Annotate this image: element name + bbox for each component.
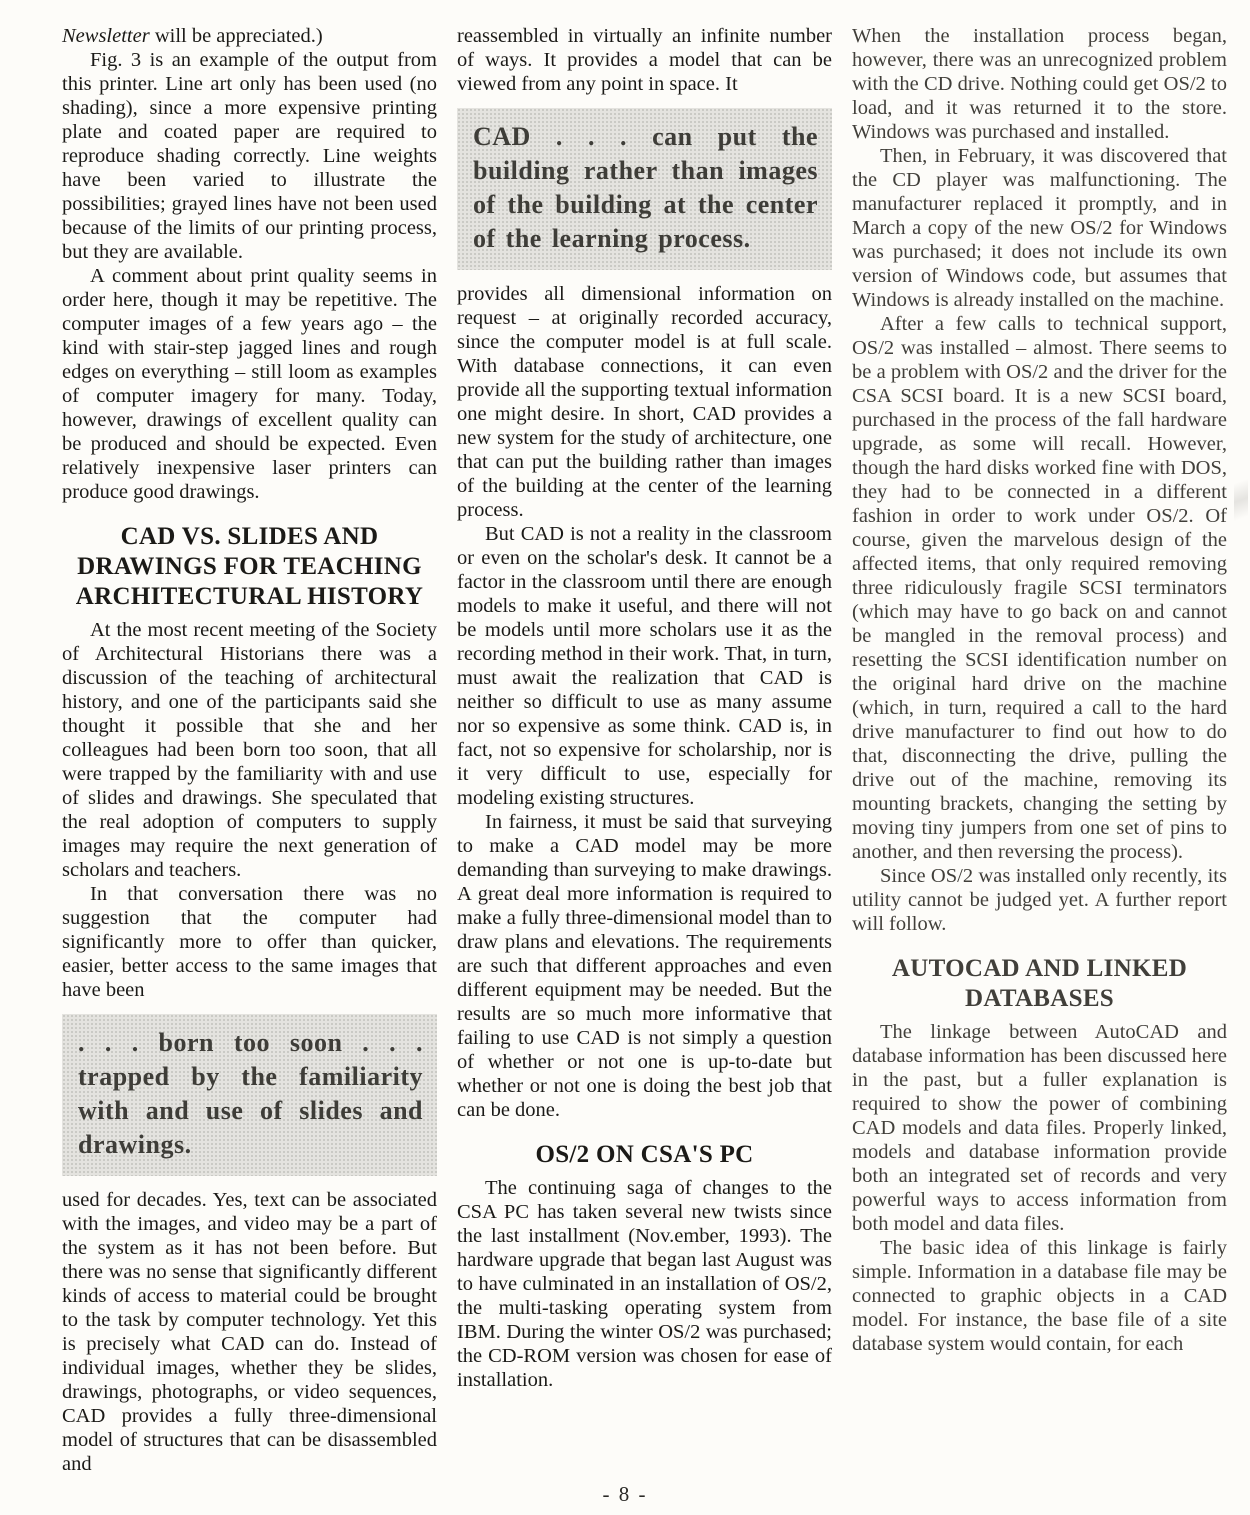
section-heading: CAD VS. SLIDES AND DRAWINGS FOR TEACHING… (68, 522, 431, 612)
scan-edge-artifact (1234, 455, 1248, 545)
section-heading: AUTOCAD AND LINKED DATABASES (858, 954, 1221, 1014)
paragraph: Fig. 3 is an example of the output from … (62, 48, 437, 264)
section-heading: OS/2 ON CSA'S PC (463, 1140, 826, 1170)
text-column-3: When the installation process began, how… (852, 24, 1227, 1476)
paragraph: A comment about print quality seems in o… (62, 264, 437, 504)
pull-quote: CAD . . . can put the building rather th… (457, 108, 832, 270)
paragraph: Since OS/2 was installed only recently, … (852, 864, 1227, 936)
paragraph: The basic idea of this linkage is fairly… (852, 1236, 1227, 1356)
paragraph: The continuing saga of changes to the CS… (457, 1176, 832, 1392)
newsletter-page: Newsletter will be appreciated.)Fig. 3 i… (0, 0, 1250, 1515)
paragraph: When the installation process began, how… (852, 24, 1227, 144)
paragraph: The linkage between AutoCAD and database… (852, 1020, 1227, 1236)
paragraph: Then, in February, it was discovered tha… (852, 144, 1227, 312)
text-column-1: Newsletter will be appreciated.)Fig. 3 i… (62, 24, 437, 1476)
paragraph: used for decades. Yes, text can be assoc… (62, 1188, 437, 1476)
paragraph: But CAD is not a reality in the classroo… (457, 522, 832, 810)
paragraph: After a few calls to technical support, … (852, 312, 1227, 864)
paragraph: Newsletter will be appreciated.) (62, 24, 437, 48)
paragraph: At the most recent meeting of the Societ… (62, 618, 437, 882)
paragraph-text: will be appreciated.) (150, 25, 323, 47)
text-column-2: reassembled in virtually an infinite num… (457, 24, 832, 1476)
paragraph: In that conversation there was no sugges… (62, 882, 437, 1002)
paragraph: reassembled in virtually an infinite num… (457, 24, 832, 96)
paragraph: In fairness, it must be said that survey… (457, 810, 832, 1122)
pull-quote: . . . born too soon . . . trapped by the… (62, 1014, 437, 1176)
italic-lead-word: Newsletter (62, 25, 150, 47)
page-number: - 8 - (0, 1482, 1250, 1507)
three-column-layout: Newsletter will be appreciated.)Fig. 3 i… (62, 24, 1250, 1476)
paragraph: provides all dimensional information on … (457, 282, 832, 522)
